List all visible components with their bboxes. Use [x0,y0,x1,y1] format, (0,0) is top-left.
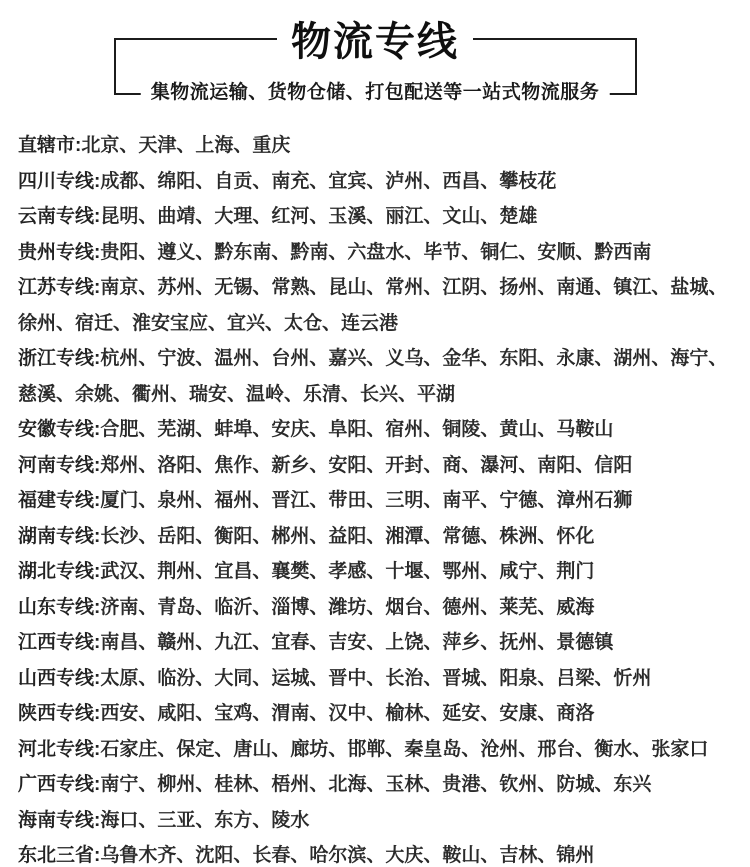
route-cities: 贵阳、遵义、黔东南、黔南、六盘水、毕节、铜仁、安顺、黔西南 [100,242,651,263]
route-line: 河南专线:郑州、洛阳、焦作、新乡、安阳、开封、商、瀑河、南阳、信阳 [18,448,736,484]
route-cities: 杭州、宁波、温州、台州、嘉兴、义乌、金华、东阳、永康、湖州、海宁、慈溪、余姚、衢… [18,348,727,405]
route-line: 山西专线:太原、临汾、大同、运城、晋中、长治、晋城、阳泉、吕梁、忻州 [18,661,736,697]
route-label: 山西专线: [18,668,100,689]
route-cities: 合肥、芜湖、蚌埠、安庆、阜阳、宿州、铜陵、黄山、马鞍山 [100,419,613,440]
route-cities: 郑州、洛阳、焦作、新乡、安阳、开封、商、瀑河、南阳、信阳 [100,455,632,476]
route-label: 江西专线: [18,632,100,653]
route-label: 江苏专线: [18,277,100,298]
route-label: 东北三省: [18,845,100,866]
route-line: 东北三省:乌鲁木齐、沈阳、长春、哈尔滨、大庆、鞍山、吉林、锦州 [18,838,736,867]
route-line: 海南专线:海口、三亚、东方、陵水 [18,803,736,839]
route-label: 河北专线: [18,739,100,760]
route-cities: 济南、青岛、临沂、淄博、潍坊、烟台、德州、莱芜、威海 [100,597,594,618]
route-cities: 长沙、岳阳、衡阳、郴州、益阳、湘潭、常德、株洲、怀化 [100,526,594,547]
route-label: 湖北专线: [18,561,100,582]
route-label: 云南专线: [18,206,100,227]
route-line: 浙江专线:杭州、宁波、温州、台州、嘉兴、义乌、金华、东阳、永康、湖州、海宁、慈溪… [18,341,736,412]
route-label: 山东专线: [18,597,100,618]
route-line: 安徽专线:合肥、芜湖、蚌埠、安庆、阜阳、宿州、铜陵、黄山、马鞍山 [18,412,736,448]
route-label: 河南专线: [18,455,100,476]
route-cities: 太原、临汾、大同、运城、晋中、长治、晋城、阳泉、吕梁、忻州 [100,668,651,689]
route-label: 安徽专线: [18,419,100,440]
route-label: 贵州专线: [18,242,100,263]
page-title: 物流专线 [277,18,473,66]
route-label: 四川专线: [18,171,100,192]
page: 物流专线 集物流运输、货物仓储、打包配送等一站式物流服务 直辖市:北京、天津、上… [0,0,750,867]
route-list: 直辖市:北京、天津、上海、重庆 四川专线:成都、绵阳、自贡、南充、宜宾、泸州、西… [0,128,750,867]
route-line: 江苏专线:南京、苏州、无锡、常熟、昆山、常州、江阴、扬州、南通、镇江、盐城、徐州… [18,270,736,341]
route-cities: 西安、咸阳、宝鸡、渭南、汉中、榆林、延安、安康、商洛 [100,703,594,724]
page-subtitle: 集物流运输、货物仓储、打包配送等一站式物流服务 [141,80,610,106]
route-line: 云南专线:昆明、曲靖、大理、红河、玉溪、丽江、文山、楚雄 [18,199,736,235]
route-cities: 石家庄、保定、唐山、廊坊、邯郸、秦皇岛、沧州、邢台、衡水、张家口 [100,739,708,760]
route-line: 广西专线:南宁、柳州、桂林、梧州、北海、玉林、贵港、钦州、防城、东兴 [18,767,736,803]
route-cities: 乌鲁木齐、沈阳、长春、哈尔滨、大庆、鞍山、吉林、锦州 [100,845,594,866]
route-line: 福建专线:厦门、泉州、福州、晋江、带田、三明、南平、宁德、漳州石狮 [18,483,736,519]
route-label: 湖南专线: [18,526,100,547]
route-line: 河北专线:石家庄、保定、唐山、廊坊、邯郸、秦皇岛、沧州、邢台、衡水、张家口 [18,732,736,768]
route-label: 广西专线: [18,774,100,795]
route-cities: 南京、苏州、无锡、常熟、昆山、常州、江阴、扬州、南通、镇江、盐城、徐州、宿迁、淮… [18,277,727,334]
route-label: 浙江专线: [18,348,100,369]
route-line: 直辖市:北京、天津、上海、重庆 [18,128,736,164]
route-line: 贵州专线:贵阳、遵义、黔东南、黔南、六盘水、毕节、铜仁、安顺、黔西南 [18,235,736,271]
route-cities: 厦门、泉州、福州、晋江、带田、三明、南平、宁德、漳州石狮 [100,490,632,511]
route-line: 四川专线:成都、绵阳、自贡、南充、宜宾、泸州、西昌、攀枝花 [18,164,736,200]
route-cities: 昆明、曲靖、大理、红河、玉溪、丽江、文山、楚雄 [100,206,537,227]
route-cities: 武汉、荆州、宜昌、襄樊、孝感、十堰、鄂州、咸宁、荆门 [100,561,594,582]
route-label: 陕西专线: [18,703,100,724]
route-line: 湖北专线:武汉、荆州、宜昌、襄樊、孝感、十堰、鄂州、咸宁、荆门 [18,554,736,590]
route-line: 湖南专线:长沙、岳阳、衡阳、郴州、益阳、湘潭、常德、株洲、怀化 [18,519,736,555]
header-frame: 物流专线 集物流运输、货物仓储、打包配送等一站式物流服务 [114,38,637,95]
route-cities: 成都、绵阳、自贡、南充、宜宾、泸州、西昌、攀枝花 [100,171,556,192]
route-line: 江西专线:南昌、赣州、九江、宜春、吉安、上饶、萍乡、抚州、景德镇 [18,625,736,661]
route-label: 海南专线: [18,810,100,831]
route-label: 直辖市: [18,135,81,156]
route-line: 山东专线:济南、青岛、临沂、淄博、潍坊、烟台、德州、莱芜、威海 [18,590,736,626]
route-label: 福建专线: [18,490,100,511]
route-cities: 北京、天津、上海、重庆 [81,135,290,156]
header: 物流专线 集物流运输、货物仓储、打包配送等一站式物流服务 [0,38,750,95]
route-cities: 南宁、柳州、桂林、梧州、北海、玉林、贵港、钦州、防城、东兴 [100,774,651,795]
route-cities: 海口、三亚、东方、陵水 [100,810,309,831]
route-line: 陕西专线:西安、咸阳、宝鸡、渭南、汉中、榆林、延安、安康、商洛 [18,696,736,732]
route-cities: 南昌、赣州、九江、宜春、吉安、上饶、萍乡、抚州、景德镇 [100,632,613,653]
